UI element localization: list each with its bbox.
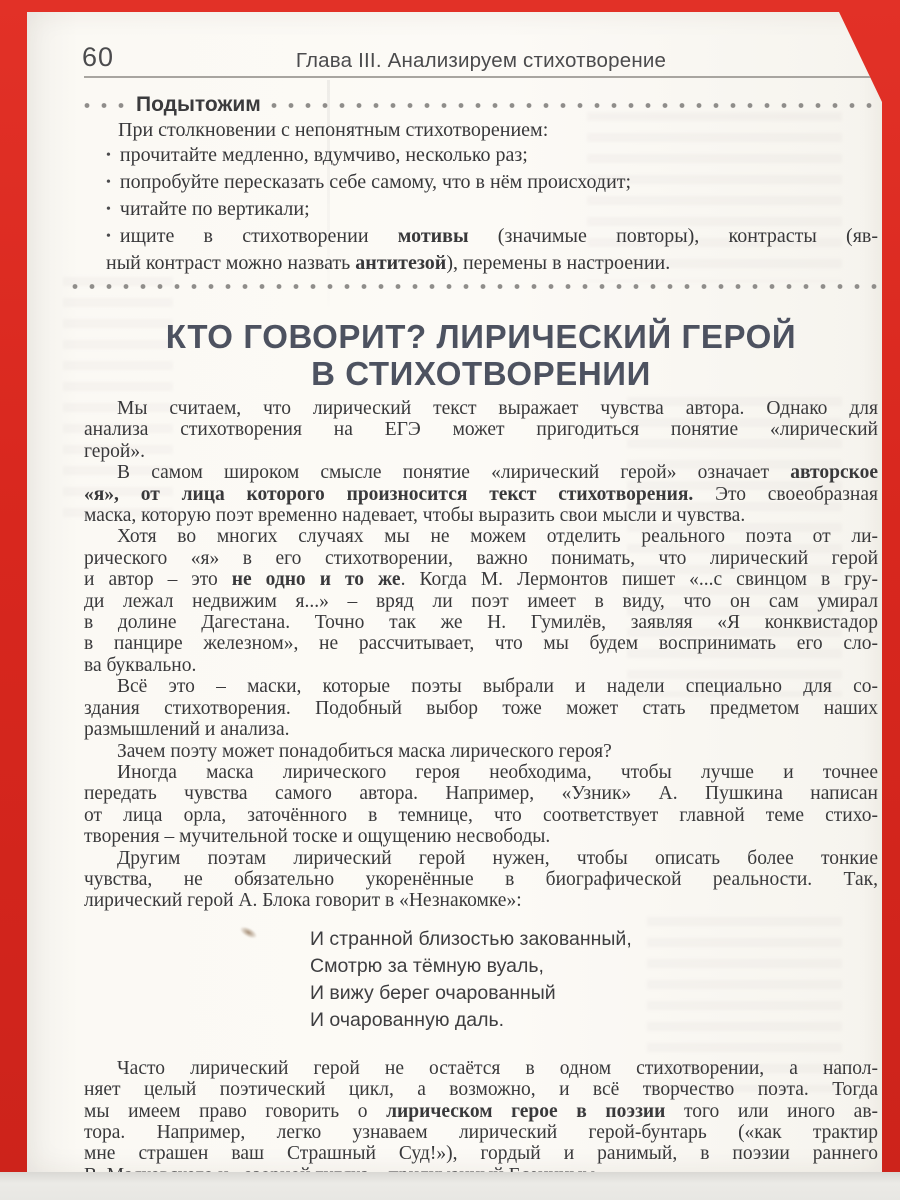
text-line: Всё это – маски, которые поэты выбрали и… xyxy=(84,676,878,697)
scan-bottom-band xyxy=(0,1172,900,1200)
body-paragraph: В самом широком смысле понятие «лирическ… xyxy=(84,462,878,526)
bullet-icon: • xyxy=(106,197,111,222)
text-line: передать чувства самого автора. Например… xyxy=(84,783,878,804)
page-content: 60 Глава III. Анализируем стихотворение … xyxy=(84,12,878,1186)
text-line: мы имеем право говорить о лирическом гер… xyxy=(84,1101,878,1122)
text-line: ва буквально. xyxy=(84,655,878,676)
body-paragraph: Часто лирический герой не остаётся в одн… xyxy=(84,1058,878,1186)
summary-bullet-line: ный контраст можно назвать антитезой), п… xyxy=(84,251,878,276)
text-line: В самом широком смысле понятие «лирическ… xyxy=(84,462,878,483)
body-paragraph: Всё это – маски, которые поэты выбрали и… xyxy=(84,676,878,740)
verse-line: И вижу берег очарованный xyxy=(310,980,878,1007)
text-line: размышлений и анализа. xyxy=(84,719,878,740)
page-header: 60 Глава III. Анализируем стихотворение xyxy=(84,42,878,72)
text-line: Другим поэтам лирический герой нужен, чт… xyxy=(84,848,878,869)
verse-quote: И странной близостью закованный,Смотрю з… xyxy=(310,926,878,1034)
bullet-icon: • xyxy=(106,143,111,168)
text-line: ди лежал недвижим я...» – вряд ли поэт и… xyxy=(84,591,878,612)
verse-line: И очарованную даль. xyxy=(310,1007,878,1034)
summary-bullet-line: •ищите в стихотворении мотивы (значимые … xyxy=(84,224,878,251)
text-line: анализа стихотворения на ЕГЭ может приго… xyxy=(84,419,878,440)
summary-box-title: Подытожим xyxy=(136,93,261,117)
text-line: «я», от лица которого произносится текст… xyxy=(84,484,878,505)
chapter-title: Глава III. Анализируем стихотворение xyxy=(84,42,878,73)
summary-bullet-line: •попробуйте пересказать себе самому, что… xyxy=(84,170,878,197)
text-line: Иногда маска лирического героя необходим… xyxy=(84,762,878,783)
bullet-icon: • xyxy=(106,170,111,195)
text-line: Хотя во многих случаях мы не можем отдел… xyxy=(84,526,878,547)
summary-intro-line: При столкновении с непонятным стихотворе… xyxy=(84,118,878,143)
dotted-leader-icon xyxy=(84,102,126,109)
text-line: здания стихотворения. Подобный выбор тож… xyxy=(84,698,878,719)
summary-box: Подытожим При столкновении с непонятным … xyxy=(84,92,878,290)
body-paragraph: Иногда маска лирического героя необходим… xyxy=(84,762,878,848)
body-paragraph: Другим поэтам лирический герой нужен, чт… xyxy=(84,848,878,912)
page-number: 60 xyxy=(82,42,114,73)
text-line: от лица орла, заточённого в темнице, что… xyxy=(84,805,878,826)
book-photo: 60 Глава III. Анализируем стихотворение … xyxy=(0,0,900,1200)
section-heading-line1: КТО ГОВОРИТ? ЛИРИЧЕСКИЙ ГЕРОЙ xyxy=(84,318,878,355)
body-text: Мы считаем, что лирический текст выражае… xyxy=(84,398,878,1186)
text-line: творения – мучительной тоске и ощущению … xyxy=(84,826,878,847)
bullet-icon: • xyxy=(106,224,111,249)
text-line: рического «я» в его стихотворении, важно… xyxy=(84,548,878,569)
text-line: чувства, не обязательно укоренённые в би… xyxy=(84,869,878,890)
book-page: 60 Глава III. Анализируем стихотворение … xyxy=(27,12,882,1172)
summary-box-title-row: Подытожим xyxy=(84,92,878,118)
body-paragraph: Хотя во многих случаях мы не можем отдел… xyxy=(84,526,878,676)
text-line: Зачем поэту может понадобиться маска лир… xyxy=(84,741,878,762)
text-line: маска, которую поэт временно надевает, ч… xyxy=(84,505,878,526)
text-line: тора. Например, легко узнаваем лирически… xyxy=(84,1122,878,1143)
verse-line: И странной близостью закованный, xyxy=(310,926,878,953)
text-line: лирический герой А. Блока говорит в «Нез… xyxy=(84,890,878,911)
text-line: мне страшен ваш Страшный Суд!»), гордый … xyxy=(84,1143,878,1164)
body-paragraph: Мы считаем, что лирический текст выражае… xyxy=(84,398,878,462)
text-line: няет целый поэтический цикл, а возможно,… xyxy=(84,1079,878,1100)
summary-bullet-line: •читайте по вертикали; xyxy=(84,197,878,224)
summary-box-body: При столкновении с непонятным стихотворе… xyxy=(84,118,878,276)
header-rule xyxy=(84,76,878,78)
verse-line: Смотрю за тёмную вуаль, xyxy=(310,953,878,980)
text-line: в панцире железном», не рассчитывает, чт… xyxy=(84,633,878,654)
text-line: Мы считаем, что лирический текст выражае… xyxy=(84,398,878,419)
section-heading: КТО ГОВОРИТ? ЛИРИЧЕСКИЙ ГЕРОЙ В СТИХОТВО… xyxy=(84,318,878,392)
section-heading-line2: В СТИХОТВОРЕНИИ xyxy=(84,355,878,392)
text-line: герой». xyxy=(84,441,878,462)
dotted-leader-icon xyxy=(271,102,878,109)
body-paragraph: Зачем поэту может понадобиться маска лир… xyxy=(84,741,878,762)
text-line: и автор – это не одно и то же. Когда М. … xyxy=(84,569,878,590)
dotted-leader-icon xyxy=(72,283,878,290)
summary-bullet-line: •прочитайте медленно, вдумчиво, нескольк… xyxy=(84,143,878,170)
text-line: Часто лирический герой не остаётся в одн… xyxy=(84,1058,878,1079)
text-line: в долине Дагестана. Точно так же Н. Гуми… xyxy=(84,612,878,633)
